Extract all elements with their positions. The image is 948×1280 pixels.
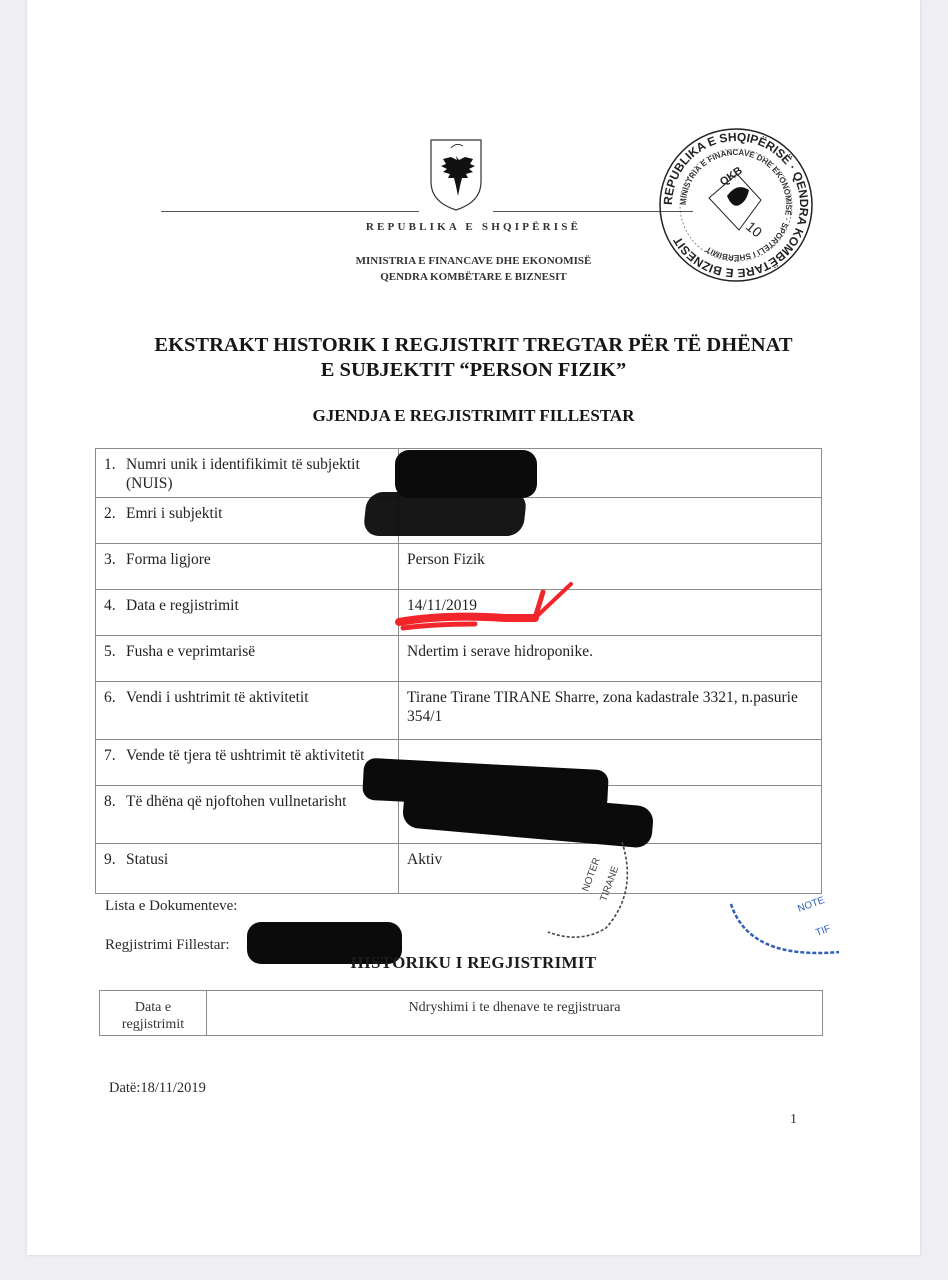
- document-page: REPUBLIKA E SHQIPËRISË MINISTRIA E FINAN…: [27, 0, 920, 1255]
- svg-text:TIF: TIF: [814, 923, 832, 938]
- initial-registration-label: Regjistrimi Fillestar:: [105, 937, 230, 954]
- field-label: Të dhëna që njoftohen vullnetarisht: [126, 792, 390, 811]
- field-label: Statusi: [126, 850, 390, 869]
- svg-text:NOTER: NOTER: [580, 856, 602, 893]
- field-label: Fusha e veprimtarisë: [126, 642, 390, 661]
- field-label-cell: 2.Emri i subjektit: [96, 498, 399, 544]
- field-label: Emri i subjektit: [126, 504, 390, 523]
- notary-stamp-icon: NOTER TIRANE: [510, 832, 650, 942]
- field-label-cell: 5.Fusha e veprimtarisë: [96, 636, 399, 682]
- header-rule-left: [161, 211, 419, 212]
- field-number: 9.: [104, 850, 126, 869]
- field-label: Forma ligjore: [126, 550, 390, 569]
- redaction-mark: [395, 450, 537, 498]
- field-number: 4.: [104, 596, 126, 615]
- field-label: Vendi i ushtrimit të aktivitetit: [126, 688, 390, 707]
- field-value: Ndertim i serave hidroponike.: [399, 636, 822, 682]
- field-number: 7.: [104, 746, 126, 765]
- history-col-date: Data e regjistrimit: [100, 991, 207, 1036]
- field-number: 1.: [104, 455, 126, 493]
- field-label-cell: 1.Numri unik i identifikimit të subjekti…: [96, 449, 399, 498]
- history-col-changes: Ndryshimi i te dhenave te regjistruara: [207, 991, 823, 1036]
- field-label: Vende të tjera të ushtrimit të aktivitet…: [126, 746, 390, 765]
- title-line-1: EKSTRAKT HISTORIK I REGJISTRIT TREGTAR P…: [27, 333, 920, 358]
- table-row: 5.Fusha e veprimtarisëNdertim i serave h…: [96, 636, 822, 682]
- field-value: Tirane Tirane TIRANE Sharre, zona kadast…: [399, 682, 822, 740]
- svg-text:NOTE: NOTE: [796, 895, 826, 915]
- field-number: 2.: [104, 504, 126, 523]
- svg-text:10: 10: [743, 218, 765, 240]
- history-header-row: Data e regjistrimit Ndryshimi i te dhena…: [100, 991, 823, 1036]
- field-label-cell: 3.Forma ligjore: [96, 544, 399, 590]
- redaction-mark: [363, 492, 528, 536]
- red-arrow-annotation-icon: [395, 578, 575, 634]
- field-number: 6.: [104, 688, 126, 707]
- document-date: Datë:18/11/2019: [109, 1080, 206, 1097]
- history-table: Data e regjistrimit Ndryshimi i te dhena…: [99, 990, 823, 1036]
- field-label-cell: 4.Data e regjistrimit: [96, 590, 399, 636]
- field-label: Data e regjistrimit: [126, 596, 390, 615]
- field-label-cell: 7.Vende të tjera të ushtrimit të aktivit…: [96, 740, 399, 786]
- field-number: 5.: [104, 642, 126, 661]
- field-number: 3.: [104, 550, 126, 569]
- title-line-2: E SUBJEKTIT “PERSON FIZIK”: [27, 358, 920, 383]
- history-heading: HISTORIKU I REGJISTRIMIT: [27, 953, 920, 973]
- svg-text:TIRANE: TIRANE: [598, 864, 621, 903]
- field-label-cell: 6.Vendi i ushtrimit të aktivitetit: [96, 682, 399, 740]
- document-title: EKSTRAKT HISTORIK I REGJISTRIT TREGTAR P…: [27, 333, 920, 383]
- page-number: 1: [790, 1112, 797, 1128]
- table-row: 6.Vendi i ushtrimit të aktivitetitTirane…: [96, 682, 822, 740]
- field-label-cell: 8.Të dhëna që njoftohen vullnetarisht: [96, 786, 399, 844]
- documents-list-label: Lista e Dokumenteve:: [105, 898, 237, 915]
- section-subtitle: GJENDJA E REGJISTRIMIT FILLESTAR: [27, 406, 920, 426]
- official-stamp-icon: REPUBLIKA E SHQIPËRISË · QENDRA KOMBËTAR…: [657, 126, 815, 284]
- albanian-eagle-emblem-icon: [429, 138, 483, 212]
- field-number: 8.: [104, 792, 126, 811]
- table-row: 9.StatusiAktiv: [96, 844, 822, 894]
- field-label-cell: 9.Statusi: [96, 844, 399, 894]
- field-label: Numri unik i identifikimit të subjektit …: [126, 455, 390, 493]
